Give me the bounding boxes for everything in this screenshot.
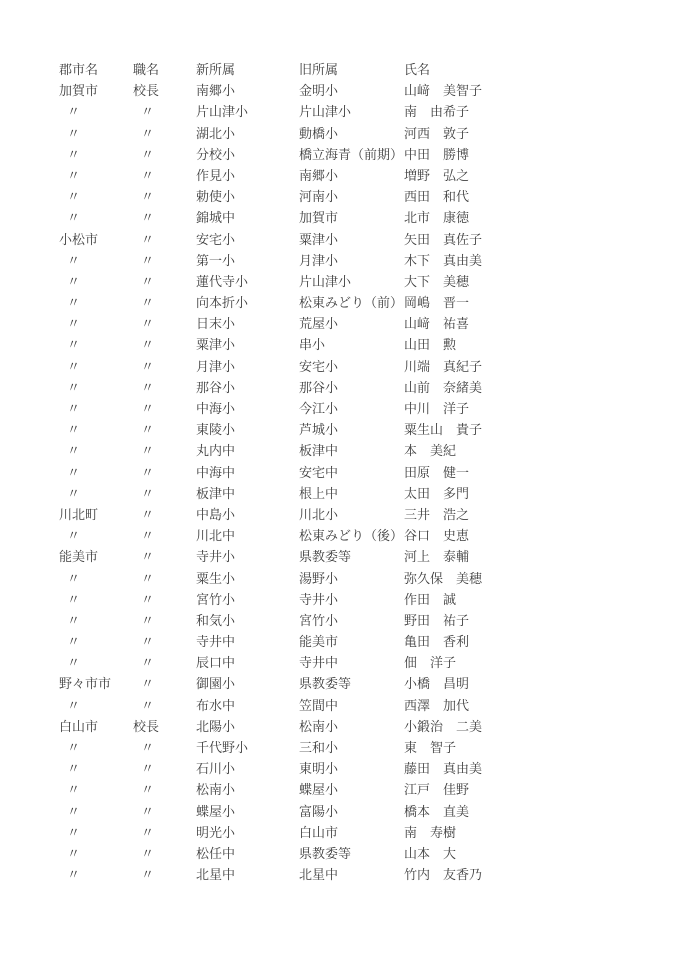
cell-old-school: 芦城小 — [299, 419, 404, 440]
cell-old-school: 那谷小 — [299, 377, 404, 398]
cell-new-school: 中海中 — [196, 462, 299, 483]
cell-person-name: 田原 健一 — [404, 462, 680, 483]
cell-old-school: 串小 — [299, 334, 404, 355]
cell-new-school: 辰口中 — [196, 652, 299, 673]
cell-old-school: 県教委等 — [299, 546, 404, 567]
cell-new-school: 那谷小 — [196, 377, 299, 398]
cell-new-school: 寺井中 — [196, 631, 299, 652]
table-row: 〃 〃 錦城中 加賀市 北市 康徳 — [0, 207, 680, 228]
cell-district: 〃 — [59, 292, 133, 313]
cell-job-title: 〃 — [133, 419, 196, 440]
cell-old-school: 粟津小 — [299, 229, 404, 250]
cell-person-name: 岡嶋 晋一 — [404, 292, 680, 313]
cell-job-title: 〃 — [133, 652, 196, 673]
cell-new-school: 北星中 — [196, 864, 299, 885]
table-row: 〃 〃 分校小 橋立海青（前期） 中田 勝博 — [0, 144, 680, 165]
cell-old-school: 松東みどり（前） — [299, 292, 404, 313]
table-row: 白山市 校長 北陽小 松南小 小鍛治 二美 — [0, 716, 680, 737]
header-cell-new-school: 新所属 — [196, 59, 299, 80]
cell-district: 〃 — [59, 758, 133, 779]
cell-old-school: 寺井小 — [299, 589, 404, 610]
cell-person-name: 山﨑 美智子 — [404, 80, 680, 101]
cell-new-school: 南郷小 — [196, 80, 299, 101]
cell-district: 〃 — [59, 313, 133, 334]
header-cell-job-title: 職名 — [133, 59, 196, 80]
cell-new-school: 石川小 — [196, 758, 299, 779]
table-row: 〃 〃 川北中 松東みどり（後） 谷口 史恵 — [0, 525, 680, 546]
cell-new-school: 明光小 — [196, 822, 299, 843]
cell-job-title: 〃 — [133, 462, 196, 483]
cell-old-school: 片山津小 — [299, 271, 404, 292]
cell-district: 〃 — [59, 419, 133, 440]
cell-person-name: 小鍛治 二美 — [404, 716, 680, 737]
cell-new-school: 日末小 — [196, 313, 299, 334]
cell-old-school: 湯野小 — [299, 568, 404, 589]
table-row: 〃 〃 蝶屋小 富陽小 橋本 直美 — [0, 801, 680, 822]
table-row: 加賀市 校長 南郷小 金明小 山﨑 美智子 — [0, 80, 680, 101]
table-row: 〃 〃 粟津小 串小 山田 勲 — [0, 334, 680, 355]
cell-district: 〃 — [59, 334, 133, 355]
cell-district: 〃 — [59, 186, 133, 207]
table-row: 〃 〃 月津小 安宅小 川端 真紀子 — [0, 356, 680, 377]
cell-job-title: 〃 — [133, 440, 196, 461]
cell-job-title: 〃 — [133, 398, 196, 419]
cell-person-name: 南 由希子 — [404, 101, 680, 122]
cell-job-title: 〃 — [133, 334, 196, 355]
table-row: 〃 〃 中海小 今江小 中川 洋子 — [0, 398, 680, 419]
cell-job-title: 〃 — [133, 822, 196, 843]
cell-old-school: 板津中 — [299, 440, 404, 461]
cell-old-school: 荒屋小 — [299, 313, 404, 334]
cell-job-title: 〃 — [133, 229, 196, 250]
table-row: 川北町 〃 中島小 川北小 三井 浩之 — [0, 504, 680, 525]
cell-new-school: 松南小 — [196, 779, 299, 800]
cell-new-school: 勅使小 — [196, 186, 299, 207]
cell-district: 加賀市 — [59, 80, 133, 101]
cell-old-school: 能美市 — [299, 631, 404, 652]
table-row: 野々市市 〃 御園小 県教委等 小橋 昌明 — [0, 673, 680, 694]
cell-person-name: 山田 勲 — [404, 334, 680, 355]
cell-district: 〃 — [59, 165, 133, 186]
cell-new-school: 板津中 — [196, 483, 299, 504]
table-row: 〃 〃 東陵小 芦城小 粟生山 貴子 — [0, 419, 680, 440]
table-row: 〃 〃 和気小 宮竹小 野田 祐子 — [0, 610, 680, 631]
cell-person-name: 増野 弘之 — [404, 165, 680, 186]
table-body: 加賀市 校長 南郷小 金明小 山﨑 美智子 〃 〃 片山津小 片山津小 南 由希… — [0, 80, 680, 885]
cell-new-school: 千代野小 — [196, 737, 299, 758]
cell-person-name: 中田 勝博 — [404, 144, 680, 165]
cell-old-school: 安宅小 — [299, 356, 404, 377]
table-row: 〃 〃 湖北小 動橋小 河西 敦子 — [0, 123, 680, 144]
header-cell-person-name: 氏名 — [404, 59, 680, 80]
cell-person-name: 東 智子 — [404, 737, 680, 758]
table-row: 〃 〃 粟生小 湯野小 弥久保 美穂 — [0, 568, 680, 589]
cell-job-title: 〃 — [133, 271, 196, 292]
cell-district: 〃 — [59, 864, 133, 885]
cell-old-school: 三和小 — [299, 737, 404, 758]
cell-district: 〃 — [59, 462, 133, 483]
cell-person-name: 弥久保 美穂 — [404, 568, 680, 589]
cell-job-title: 〃 — [133, 504, 196, 525]
cell-job-title: 〃 — [133, 546, 196, 567]
cell-new-school: 作見小 — [196, 165, 299, 186]
cell-district: 〃 — [59, 737, 133, 758]
cell-old-school: 北星中 — [299, 864, 404, 885]
table-row: 〃 〃 片山津小 片山津小 南 由希子 — [0, 101, 680, 122]
table-row: 〃 〃 向本折小 松東みどり（前） 岡嶋 晋一 — [0, 292, 680, 313]
cell-job-title: 〃 — [133, 525, 196, 546]
cell-new-school: 布水中 — [196, 695, 299, 716]
cell-district: 白山市 — [59, 716, 133, 737]
cell-job-title: 〃 — [133, 186, 196, 207]
cell-job-title: 〃 — [133, 101, 196, 122]
cell-old-school: 東明小 — [299, 758, 404, 779]
table-row: 〃 〃 丸内中 板津中 本 美紀 — [0, 440, 680, 461]
table-row: 〃 〃 勅使小 河南小 西田 和代 — [0, 186, 680, 207]
cell-job-title: 〃 — [133, 610, 196, 631]
header-cell-old-school: 旧所属 — [299, 59, 404, 80]
cell-person-name: 野田 祐子 — [404, 610, 680, 631]
cell-job-title: 〃 — [133, 313, 196, 334]
table-row: 〃 〃 板津中 根上中 太田 多門 — [0, 483, 680, 504]
table-row: 〃 〃 明光小 白山市 南 寿樹 — [0, 822, 680, 843]
cell-person-name: 小橋 昌明 — [404, 673, 680, 694]
cell-job-title: 〃 — [133, 695, 196, 716]
table-row: 〃 〃 蓮代寺小 片山津小 大下 美穂 — [0, 271, 680, 292]
header-cell-district: 郡市名 — [59, 59, 133, 80]
cell-new-school: 湖北小 — [196, 123, 299, 144]
table-row: 〃 〃 北星中 北星中 竹内 友香乃 — [0, 864, 680, 885]
cell-new-school: 錦城中 — [196, 207, 299, 228]
document-page: 郡市名 職名 新所属 旧所属 氏名 加賀市 校長 南郷小 金明小 山﨑 美智子 … — [0, 0, 680, 961]
cell-district: 〃 — [59, 801, 133, 822]
cell-new-school: 宮竹小 — [196, 589, 299, 610]
cell-old-school: 加賀市 — [299, 207, 404, 228]
cell-district: 〃 — [59, 589, 133, 610]
table-row: 〃 〃 那谷小 那谷小 山前 奈緒美 — [0, 377, 680, 398]
cell-district: 川北町 — [59, 504, 133, 525]
cell-person-name: 河上 泰輔 — [404, 546, 680, 567]
cell-old-school: 宮竹小 — [299, 610, 404, 631]
table-row: 〃 〃 宮竹小 寺井小 作田 誠 — [0, 589, 680, 610]
cell-district: 〃 — [59, 271, 133, 292]
cell-district: 〃 — [59, 123, 133, 144]
cell-new-school: 蓮代寺小 — [196, 271, 299, 292]
cell-new-school: 松任中 — [196, 843, 299, 864]
cell-district: 〃 — [59, 822, 133, 843]
cell-old-school: 安宅中 — [299, 462, 404, 483]
cell-new-school: 丸内中 — [196, 440, 299, 461]
cell-job-title: 〃 — [133, 568, 196, 589]
cell-person-name: 粟生山 貴子 — [404, 419, 680, 440]
cell-district: 〃 — [59, 652, 133, 673]
cell-district: 〃 — [59, 525, 133, 546]
cell-person-name: 西澤 加代 — [404, 695, 680, 716]
cell-new-school: 粟生小 — [196, 568, 299, 589]
cell-district: 〃 — [59, 440, 133, 461]
cell-job-title: 〃 — [133, 801, 196, 822]
cell-person-name: 佃 洋子 — [404, 652, 680, 673]
cell-new-school: 向本折小 — [196, 292, 299, 313]
cell-district: 〃 — [59, 356, 133, 377]
cell-old-school: 橋立海青（前期） — [299, 144, 404, 165]
table-row: 〃 〃 第一小 月津小 木下 真由美 — [0, 250, 680, 271]
cell-new-school: 御園小 — [196, 673, 299, 694]
cell-old-school: 今江小 — [299, 398, 404, 419]
cell-person-name: 山前 奈緒美 — [404, 377, 680, 398]
cell-district: 〃 — [59, 377, 133, 398]
cell-new-school: 東陵小 — [196, 419, 299, 440]
cell-old-school: 南郷小 — [299, 165, 404, 186]
cell-job-title: 〃 — [133, 144, 196, 165]
cell-old-school: 富陽小 — [299, 801, 404, 822]
cell-job-title: 〃 — [133, 779, 196, 800]
table-row: 〃 〃 作見小 南郷小 増野 弘之 — [0, 165, 680, 186]
cell-old-school: 白山市 — [299, 822, 404, 843]
table-row: 〃 〃 中海中 安宅中 田原 健一 — [0, 462, 680, 483]
table-row: 〃 〃 千代野小 三和小 東 智子 — [0, 737, 680, 758]
cell-new-school: 分校小 — [196, 144, 299, 165]
cell-new-school: 寺井小 — [196, 546, 299, 567]
cell-job-title: 〃 — [133, 631, 196, 652]
cell-person-name: 竹内 友香乃 — [404, 864, 680, 885]
cell-job-title: 〃 — [133, 737, 196, 758]
cell-new-school: 第一小 — [196, 250, 299, 271]
cell-job-title: 〃 — [133, 673, 196, 694]
cell-district: 〃 — [59, 483, 133, 504]
cell-district: 〃 — [59, 101, 133, 122]
cell-district: 能美市 — [59, 546, 133, 567]
cell-job-title: 〃 — [133, 207, 196, 228]
cell-job-title: 〃 — [133, 843, 196, 864]
cell-person-name: 矢田 真佐子 — [404, 229, 680, 250]
cell-job-title: 〃 — [133, 292, 196, 313]
cell-person-name: 亀田 香利 — [404, 631, 680, 652]
cell-old-school: 川北小 — [299, 504, 404, 525]
cell-new-school: 片山津小 — [196, 101, 299, 122]
cell-person-name: 河西 敦子 — [404, 123, 680, 144]
cell-district: 〃 — [59, 568, 133, 589]
cell-person-name: 中川 洋子 — [404, 398, 680, 419]
cell-job-title: 校長 — [133, 716, 196, 737]
table-row: 〃 〃 松任中 県教委等 山本 大 — [0, 843, 680, 864]
table-row: 〃 〃 辰口中 寺井中 佃 洋子 — [0, 652, 680, 673]
cell-person-name: 木下 真由美 — [404, 250, 680, 271]
cell-job-title: 〃 — [133, 589, 196, 610]
cell-person-name: 藤田 真由美 — [404, 758, 680, 779]
cell-old-school: 動橋小 — [299, 123, 404, 144]
transfer-table: 郡市名 職名 新所属 旧所属 氏名 加賀市 校長 南郷小 金明小 山﨑 美智子 … — [0, 59, 680, 885]
cell-person-name: 西田 和代 — [404, 186, 680, 207]
cell-new-school: 月津小 — [196, 356, 299, 377]
cell-old-school: 金明小 — [299, 80, 404, 101]
cell-new-school: 安宅小 — [196, 229, 299, 250]
cell-person-name: 北市 康徳 — [404, 207, 680, 228]
cell-person-name: 山本 大 — [404, 843, 680, 864]
cell-district: 〃 — [59, 695, 133, 716]
cell-old-school: 片山津小 — [299, 101, 404, 122]
cell-old-school: 寺井中 — [299, 652, 404, 673]
cell-person-name: 太田 多門 — [404, 483, 680, 504]
table-row: 能美市 〃 寺井小 県教委等 河上 泰輔 — [0, 546, 680, 567]
cell-old-school: 月津小 — [299, 250, 404, 271]
cell-old-school: 笠間中 — [299, 695, 404, 716]
cell-person-name: 作田 誠 — [404, 589, 680, 610]
cell-district: 〃 — [59, 250, 133, 271]
cell-new-school: 粟津小 — [196, 334, 299, 355]
cell-person-name: 川端 真紀子 — [404, 356, 680, 377]
table-row: 〃 〃 石川小 東明小 藤田 真由美 — [0, 758, 680, 779]
cell-district: 〃 — [59, 843, 133, 864]
cell-new-school: 川北中 — [196, 525, 299, 546]
cell-job-title: 〃 — [133, 377, 196, 398]
table-row: 〃 〃 松南小 蝶屋小 江戸 佳野 — [0, 779, 680, 800]
cell-new-school: 北陽小 — [196, 716, 299, 737]
cell-district: 野々市市 — [59, 673, 133, 694]
cell-new-school: 中海小 — [196, 398, 299, 419]
cell-old-school: 蝶屋小 — [299, 779, 404, 800]
cell-job-title: 〃 — [133, 758, 196, 779]
table-row: 〃 〃 日末小 荒屋小 山﨑 祐喜 — [0, 313, 680, 334]
cell-job-title: 〃 — [133, 483, 196, 504]
table-row: 〃 〃 寺井中 能美市 亀田 香利 — [0, 631, 680, 652]
cell-district: 〃 — [59, 398, 133, 419]
cell-district: 〃 — [59, 631, 133, 652]
cell-person-name: 南 寿樹 — [404, 822, 680, 843]
cell-old-school: 河南小 — [299, 186, 404, 207]
cell-job-title: 〃 — [133, 250, 196, 271]
cell-new-school: 中島小 — [196, 504, 299, 525]
cell-person-name: 大下 美穂 — [404, 271, 680, 292]
table-row: 〃 〃 布水中 笠間中 西澤 加代 — [0, 695, 680, 716]
cell-old-school: 松南小 — [299, 716, 404, 737]
cell-district: 小松市 — [59, 229, 133, 250]
cell-district: 〃 — [59, 144, 133, 165]
cell-person-name: 江戸 佳野 — [404, 779, 680, 800]
cell-person-name: 本 美紀 — [404, 440, 680, 461]
cell-district: 〃 — [59, 207, 133, 228]
cell-job-title: 〃 — [133, 165, 196, 186]
cell-old-school: 県教委等 — [299, 673, 404, 694]
cell-job-title: 〃 — [133, 864, 196, 885]
cell-job-title: 〃 — [133, 123, 196, 144]
table-row: 小松市 〃 安宅小 粟津小 矢田 真佐子 — [0, 229, 680, 250]
cell-new-school: 和気小 — [196, 610, 299, 631]
cell-job-title: 校長 — [133, 80, 196, 101]
cell-job-title: 〃 — [133, 356, 196, 377]
table-header-row: 郡市名 職名 新所属 旧所属 氏名 — [0, 59, 680, 80]
cell-district: 〃 — [59, 610, 133, 631]
cell-old-school: 根上中 — [299, 483, 404, 504]
cell-person-name: 谷口 史恵 — [404, 525, 680, 546]
cell-person-name: 橋本 直美 — [404, 801, 680, 822]
cell-new-school: 蝶屋小 — [196, 801, 299, 822]
cell-person-name: 三井 浩之 — [404, 504, 680, 525]
cell-old-school: 県教委等 — [299, 843, 404, 864]
cell-person-name: 山﨑 祐喜 — [404, 313, 680, 334]
cell-old-school: 松東みどり（後） — [299, 525, 404, 546]
cell-district: 〃 — [59, 779, 133, 800]
